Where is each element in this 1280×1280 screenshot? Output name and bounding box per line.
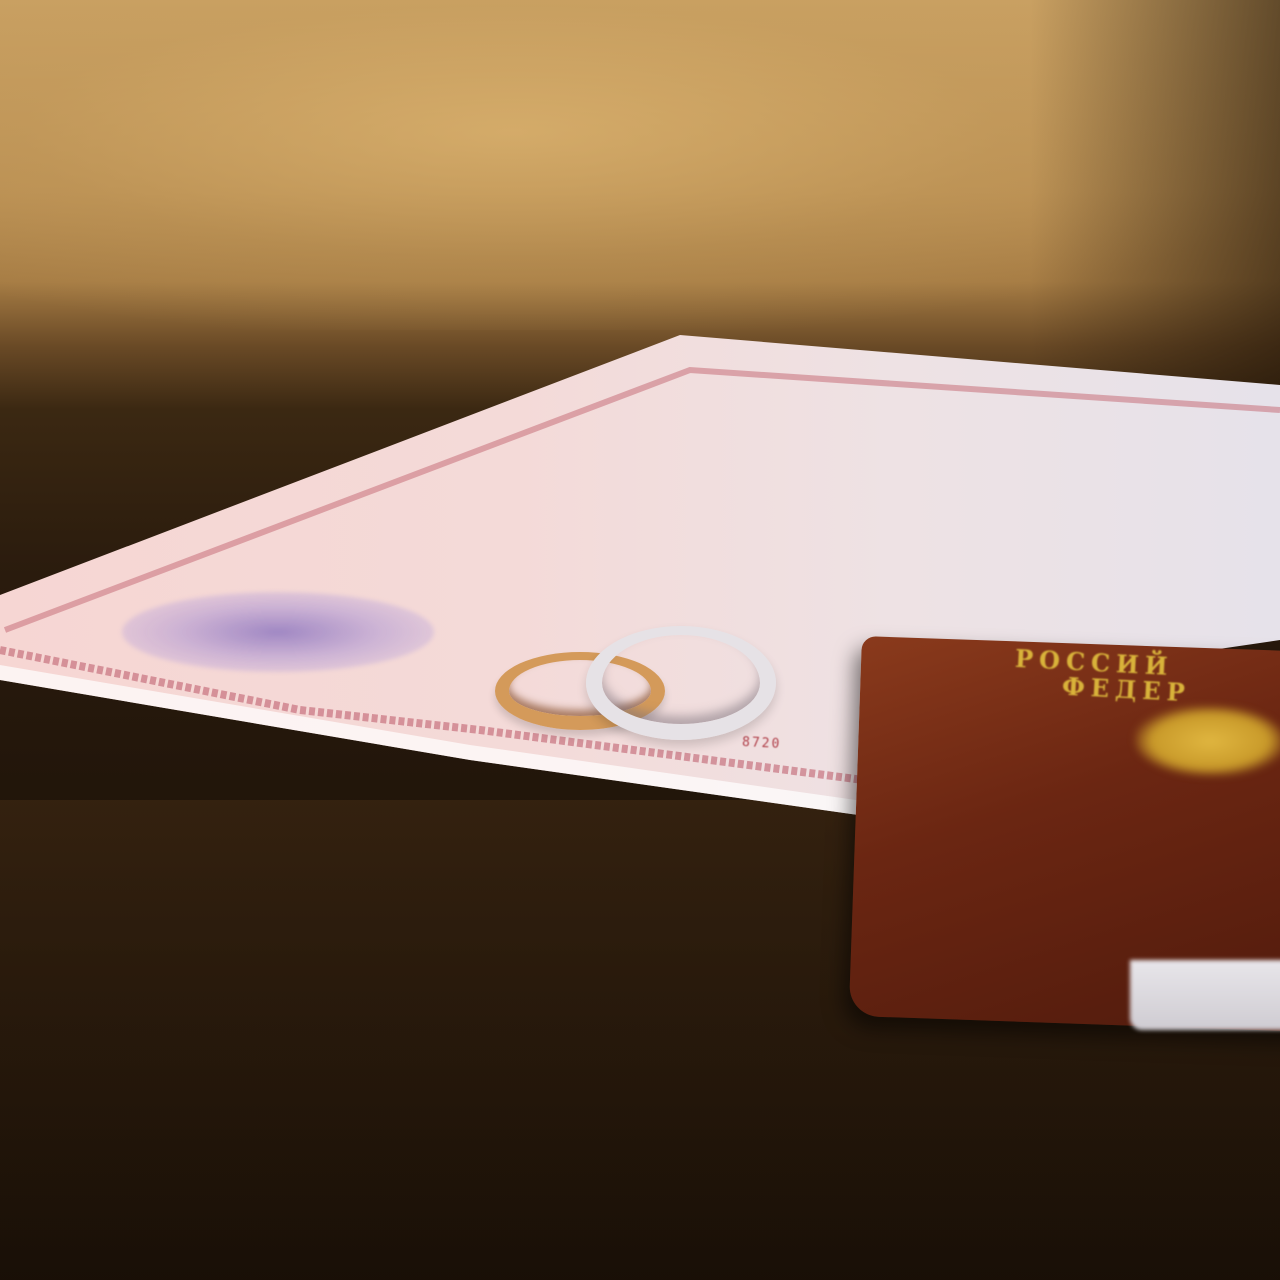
certificate-serial: 8720 (742, 735, 782, 752)
silver-wedding-ring (586, 626, 776, 740)
passport-pages (1130, 960, 1280, 1030)
official-stamp (122, 592, 434, 672)
photo-scene: 8720 РОССИЙ ФЕДЕР (0, 0, 1280, 1280)
coat-of-arms-icon (1135, 706, 1280, 776)
